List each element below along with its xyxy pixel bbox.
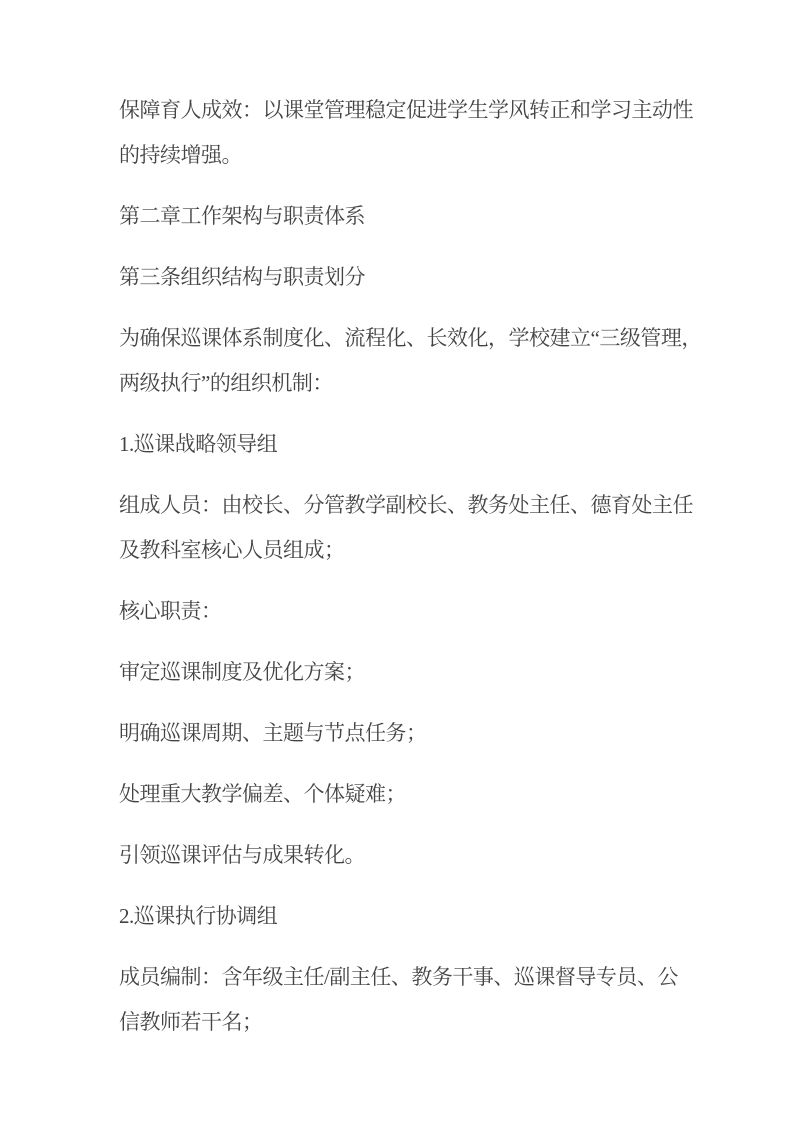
text-line: 核心职责： (119, 589, 685, 634)
paragraph-7-body-text: 核心职责： (119, 589, 685, 634)
text-line: 组成人员：由校长、分管教学副校长、教务处主任、德育处主任 (119, 483, 685, 528)
text-line: 信教师若干名； (119, 1000, 685, 1045)
text-line: 两级执行”的组织机制： (119, 361, 685, 406)
text-line: 处理重大教学偏差、个体疑难； (119, 772, 685, 817)
paragraph-3-article-heading: 第三条组织结构与职责划分 (119, 255, 685, 300)
text-line: 第二章工作架构与职责体系 (119, 194, 685, 239)
paragraph-1-body-text: 保障育人成效：以课堂管理稳定促进学生学风转正和学习主动性的持续增强。 (119, 88, 685, 178)
paragraph-8-body-text: 审定巡课制度及优化方案； (119, 650, 685, 695)
paragraph-6-body-text: 组成人员：由校长、分管教学副校长、教务处主任、德育处主任及教科室核心人员组成； (119, 483, 685, 573)
text-line: 2.巡课执行协调组 (119, 894, 685, 939)
text-line: 明确巡课周期、主题与节点任务； (119, 711, 685, 756)
text-line: 保障育人成效：以课堂管理稳定促进学生学风转正和学习主动性 (119, 88, 685, 133)
text-line: 第三条组织结构与职责划分 (119, 255, 685, 300)
text-line: 的持续增强。 (119, 133, 685, 178)
text-line: 为确保巡课体系制度化、流程化、长效化，学校建立“三级管理， (119, 316, 685, 361)
paragraph-13-body-text: 成员编制：含年级主任/副主任、教务干事、巡课督导专员、公信教师若干名； (119, 955, 685, 1045)
text-line: 成员编制：含年级主任/副主任、教务干事、巡课督导专员、公 (119, 955, 685, 1000)
paragraph-9-body-text: 明确巡课周期、主题与节点任务； (119, 711, 685, 756)
paragraph-11-body-text: 引领巡课评估与成果转化。 (119, 833, 685, 878)
paragraph-12-list-item-heading: 2.巡课执行协调组 (119, 894, 685, 939)
document-page: 保障育人成效：以课堂管理稳定促进学生学风转正和学习主动性的持续增强。第二章工作架… (0, 0, 793, 1122)
paragraph-10-body-text: 处理重大教学偏差、个体疑难； (119, 772, 685, 817)
document-body: 保障育人成效：以课堂管理稳定促进学生学风转正和学习主动性的持续增强。第二章工作架… (0, 0, 793, 1122)
text-line: 引领巡课评估与成果转化。 (119, 833, 685, 878)
paragraph-2-chapter-heading: 第二章工作架构与职责体系 (119, 194, 685, 239)
text-line: 1.巡课战略领导组 (119, 422, 685, 467)
paragraph-5-list-item-heading: 1.巡课战略领导组 (119, 422, 685, 467)
text-line: 审定巡课制度及优化方案； (119, 650, 685, 695)
paragraph-4-body-text: 为确保巡课体系制度化、流程化、长效化，学校建立“三级管理，两级执行”的组织机制： (119, 316, 685, 406)
text-line: 及教科室核心人员组成； (119, 528, 685, 573)
